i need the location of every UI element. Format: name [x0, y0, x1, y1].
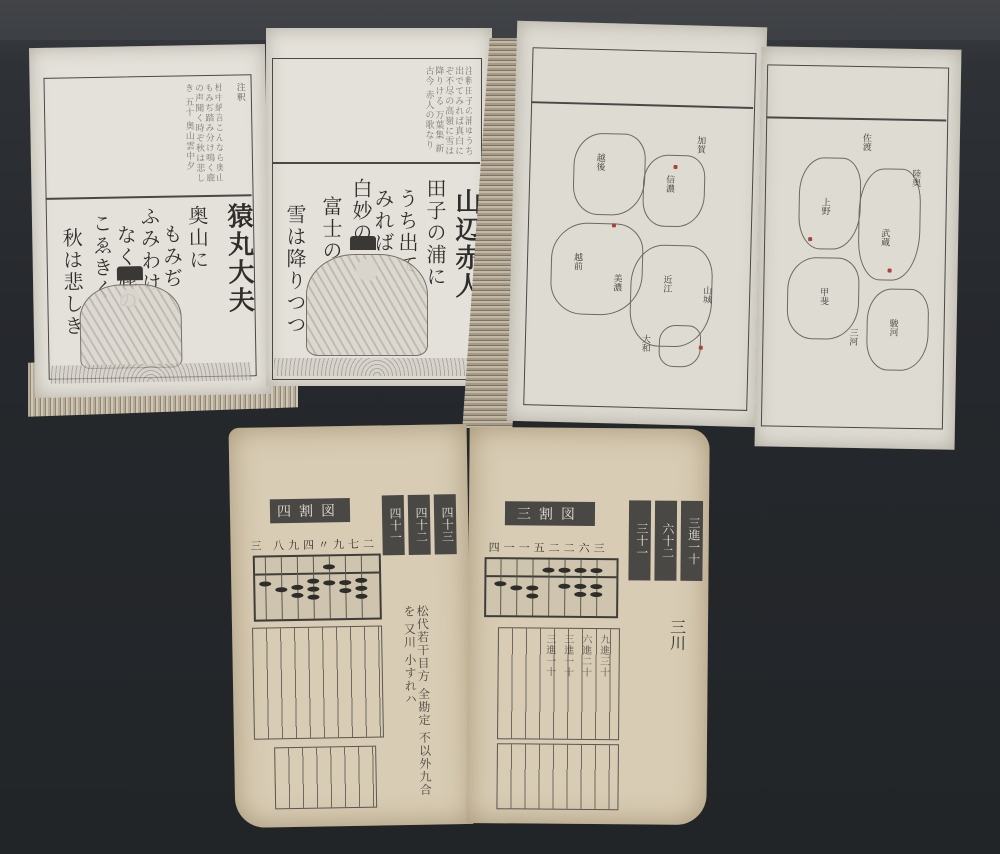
waves-decoration [274, 358, 480, 376]
place-label: 上野 [819, 197, 832, 215]
abacus-illustration [484, 557, 619, 618]
place-label: 武蔵 [878, 228, 891, 246]
rule-row: 六進二十 [580, 634, 591, 678]
right-page: 佐渡 陸奥 上野 武蔵 甲斐 駿河 三河 [755, 46, 962, 449]
abacus-book: 四割図 三 八九四〃九七二 五 四十一 四十二 四十三 松代若干目方 全勘定 不… [228, 420, 712, 832]
map-book: 越後 信濃 加賀 越前 美濃 近江 山城 大和 佐渡 陸奥 上野 武蔵 甲斐 駿… [476, 18, 976, 458]
place-label: 甲斐 [817, 287, 830, 305]
place-label: 大和 [639, 334, 652, 352]
chart-title: 三割図 [505, 501, 595, 526]
poet-hat [117, 266, 143, 280]
bottom-table [274, 746, 377, 810]
province-outline [572, 132, 646, 216]
digit-row: 四一一五二二六三 [489, 539, 609, 556]
poem-line-3: ふみわけ [138, 206, 162, 294]
commentary-lines: 注釈田子の浦ゆうち出でてみれば真白にぞ不尽の高嶺に雪は降りける 万葉集 新古今 … [292, 66, 472, 158]
poet-hat [350, 236, 376, 250]
place-label: 陸奥 [909, 169, 922, 187]
side-table-cell: 四十一 [382, 495, 405, 555]
poem-line-2: もみぢ [160, 223, 183, 289]
side-table-cell: 六十二 [654, 501, 677, 581]
rule-row: 三進一十 [544, 634, 555, 678]
side-table-cell: 四十二 [408, 495, 431, 555]
castle-marker [808, 237, 812, 241]
bottom-table [496, 743, 619, 810]
place-label: 美濃 [610, 273, 623, 291]
castle-marker [888, 269, 892, 273]
place-label: 信濃 [663, 175, 676, 193]
poet-portrait [306, 254, 428, 356]
side-table-cell: 四十三 [434, 494, 457, 554]
poem-line-1: 奥山に [186, 205, 209, 271]
poem-line-6: 雪は降りつつ [284, 204, 306, 336]
province-outline [658, 325, 701, 368]
commentary-text: 注釈 [234, 82, 246, 190]
poem-line-5: 富士の [320, 196, 342, 262]
poetry-book: 注釈 杜中納言こんなら奥山 もみぢ踏み分け鳴く鹿の声聞く時ぞ秋は悲しき 五十 奥… [24, 28, 494, 418]
right-page: 三割図 四一一五二二六三 三十一 六十二 三進一十 九進三十 六進二十 三進一十… [466, 427, 709, 825]
castle-marker [673, 165, 677, 169]
calculation-table [252, 625, 384, 739]
rule-row: 三進一十 [562, 634, 573, 678]
left-page: 注釈 杜中納言こんなら奥山 もみぢ踏み分け鳴く鹿の声聞く時ぞ秋は悲しき 五十 奥… [29, 44, 271, 398]
commentary-lines: 杜中納言こんなら奥山 もみぢ踏み分け鳴く鹿の声聞く時ぞ秋は悲しき 五十 奥山雲中… [72, 83, 224, 194]
place-label: 近江 [660, 275, 673, 293]
poet-name: 猿丸大夫 [223, 202, 254, 314]
poem-line-4: 白妙の [350, 178, 372, 244]
side-table-cell: 三十一 [628, 500, 651, 580]
left-page: 越後 信濃 加賀 越前 美濃 近江 山城 大和 [507, 21, 767, 427]
note-text: 松代若干目方 全勘定 不以外九合を 又川 小すれハ [402, 605, 432, 805]
digit-row: 三 八九四〃九七二 五 [250, 535, 400, 554]
waves-decoration [51, 362, 251, 383]
place-label: 山城 [700, 286, 713, 304]
abacus-illustration [253, 553, 382, 621]
rule-row: 九進三十 [598, 634, 609, 678]
side-table-cell: 三進一十 [680, 501, 703, 581]
place-label: 加賀 [694, 135, 707, 153]
place-label: 三河 [846, 328, 859, 346]
commentary-divider [272, 162, 480, 164]
place-label: 駿河 [886, 319, 899, 337]
castle-marker [699, 346, 703, 350]
right-page: 注釈田子の浦ゆうち出でてみれば真白にぞ不尽の高嶺に雪は降りける 万葉集 新古今 … [266, 28, 492, 386]
poet-portrait [79, 283, 182, 369]
note-text: 三川 [668, 619, 686, 651]
place-label: 越前 [571, 252, 584, 270]
chart-title: 四割図 [270, 498, 350, 523]
place-label: 佐渡 [860, 133, 873, 151]
left-page: 四割図 三 八九四〃九七二 五 四十一 四十二 四十三 松代若干目方 全勘定 不… [229, 424, 474, 828]
poem-line-1: 田子の浦に [424, 178, 446, 288]
place-label: 越後 [593, 153, 606, 171]
castle-marker [612, 223, 616, 227]
